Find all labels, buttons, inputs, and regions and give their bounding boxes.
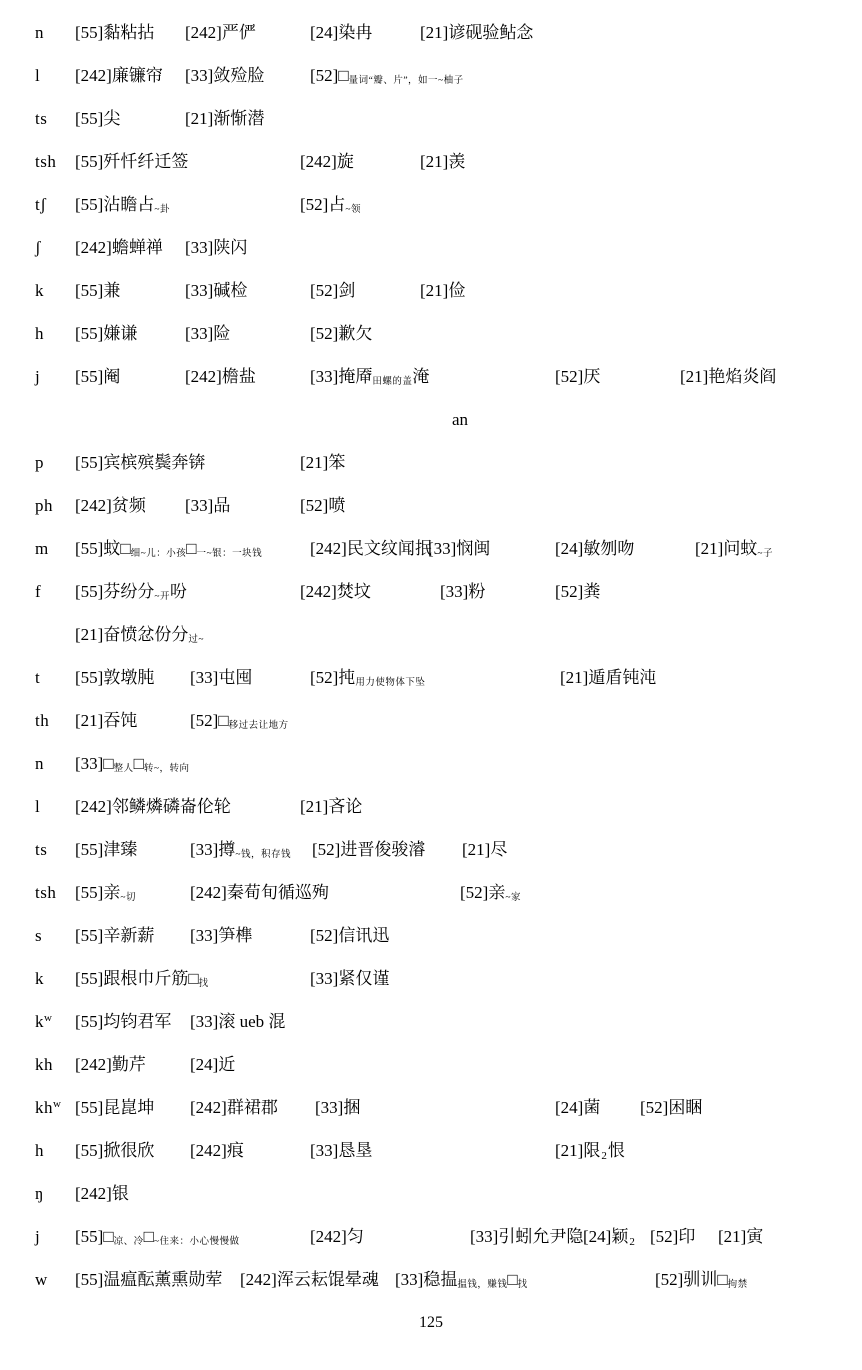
tone-label: [33] — [190, 840, 218, 859]
entry: [21]羡 — [420, 151, 465, 172]
character-text: 陕闪 — [213, 238, 247, 257]
entry: [242]邻鳞燐磷崙伦轮 — [75, 796, 231, 817]
entry-row: ŋ[242]银 — [0, 1179, 862, 1222]
tone-label: [242] — [300, 152, 337, 171]
tone-label: [55] — [75, 840, 103, 859]
character-text: 秦荀旬循巡殉 — [227, 883, 329, 902]
character-text: 昆崑坤 — [103, 1098, 154, 1117]
entry: [21]尽 — [462, 839, 507, 860]
tone-label: [52] — [310, 324, 338, 343]
character-text: 淹 — [412, 367, 429, 386]
tone-label: [55] — [75, 969, 103, 988]
entry-row: th[21]吞饨[52]□移过去让地方 — [0, 706, 862, 749]
entry-row: k[55]兼[33]碱检[52]剑[21]俭 — [0, 276, 862, 319]
tone-label: [21] — [75, 711, 103, 730]
entry: [52]粪 — [555, 581, 600, 602]
character-text: 喷 — [328, 496, 345, 515]
entry-row: h[55]掀很欣[242]痕[33]恳垦[21]限2恨 — [0, 1136, 862, 1179]
initial-label: ʃ — [35, 237, 41, 258]
tone-label: [55] — [75, 1141, 103, 1160]
initial-base: k — [35, 281, 44, 300]
entry: [33]品 — [185, 495, 230, 516]
entry: [242]檐盐 — [185, 366, 256, 387]
entry: [33]引蚓允尹隐 — [470, 1226, 583, 1247]
entry: [21]谚砚验鲇念 — [420, 22, 533, 43]
tone-label: [52] — [460, 883, 488, 902]
initial-base: t — [35, 668, 40, 687]
character-text: 蟾蝉禅 — [112, 238, 163, 257]
tone-label: [33] — [190, 926, 218, 945]
entry-row: tsh[55]歼忏纤迁签[242]旋[21]羡 — [0, 147, 862, 190]
tone-label: [33] — [185, 281, 213, 300]
character-text: 掀很欣 — [103, 1141, 154, 1160]
annotation-text: 转~，转向 — [144, 764, 190, 774]
character-text: 捆 — [343, 1098, 360, 1117]
character-text: 阉 — [103, 367, 120, 386]
initial-base: l — [35, 66, 40, 85]
subscript-number: 2 — [628, 1236, 636, 1248]
character-text: 稳揾 — [423, 1270, 457, 1289]
tone-label: [21] — [75, 625, 103, 644]
initial-label: j — [35, 366, 40, 387]
entry: [21]笨 — [300, 452, 345, 473]
character-text: 奋愤忿份分 — [103, 625, 188, 644]
character-text: 颖 — [611, 1227, 628, 1246]
entry: [242]痕 — [190, 1140, 244, 1161]
entry-row: kh[242]勤芹[24]近 — [0, 1050, 862, 1093]
tone-label: [21] — [420, 23, 448, 42]
character-text: 浑云耘馄晕魂 — [277, 1270, 379, 1289]
tone-label: [21] — [462, 840, 490, 859]
entry: [242]群裙郡 — [190, 1097, 278, 1118]
character-text: 菌 — [583, 1098, 600, 1117]
character-text: 廉镰帘 — [112, 66, 163, 85]
character-text: 引蚓允尹隐 — [498, 1227, 583, 1246]
character-text: 辛新薪 — [103, 926, 154, 945]
tone-label: [242] — [190, 1098, 227, 1117]
character-text: 匀 — [347, 1227, 364, 1246]
annotation-text: ~开 — [154, 592, 170, 602]
tone-label: [55] — [75, 23, 103, 42]
initial-label: s — [35, 925, 42, 946]
character-text: 笨 — [328, 453, 345, 472]
entry-row: f[55]芬纷分~开吩[242]焚坟[33]粉[52]粪 — [0, 577, 862, 620]
character-text: 蚊□ — [103, 539, 130, 558]
tone-label: [33] — [310, 969, 338, 988]
initial-label: k — [35, 280, 44, 301]
character-text: 亲 — [488, 883, 505, 902]
character-text: 悯闽 — [456, 539, 490, 558]
tone-label: [55] — [75, 668, 103, 687]
tone-label: [33] — [190, 668, 218, 687]
tone-label: [52] — [310, 66, 338, 85]
tone-label: [33] — [185, 66, 213, 85]
initial-superscript: w — [53, 1098, 61, 1110]
tone-label: [55] — [75, 1270, 103, 1289]
entry: [242]廉镰帘 — [75, 65, 163, 86]
entry: [55]芬纷分~开吩 — [75, 581, 187, 604]
entry: [52]剑 — [310, 280, 355, 301]
tone-label: [55] — [75, 109, 103, 128]
entry: [52]□量词“瓣、片”，如一~柚子 — [310, 65, 464, 88]
initial-base: tsh — [35, 152, 56, 171]
entry: [33]险 — [185, 323, 230, 344]
entry-row: s[55]辛新薪[33]笋榫[52]信讯迅 — [0, 921, 862, 964]
entry-row: p[55]宾槟殡鬓奔锛[21]笨 — [0, 448, 862, 491]
entry: [52]信讯迅 — [310, 925, 389, 946]
character-text: 温瘟酝薰熏勋荤 — [103, 1270, 222, 1289]
initial-label: m — [35, 538, 49, 559]
entry: [55]亲~切 — [75, 882, 136, 905]
tone-label: [24] — [583, 1227, 611, 1246]
entry: [55]宾槟殡鬓奔锛 — [75, 452, 205, 473]
entry-row: tʃ[55]沾瞻占~卦[52]占~领 — [0, 190, 862, 233]
tone-label: [21] — [680, 367, 708, 386]
annotation-text: ~卦 — [154, 205, 170, 215]
character-text: 宾槟殡鬓奔锛 — [103, 453, 205, 472]
initial-base: ts — [35, 109, 47, 128]
character-text: 跟根巾斤筋□ — [103, 969, 198, 988]
character-text: 芬纷分 — [103, 582, 154, 601]
tone-label: [242] — [240, 1270, 277, 1289]
initial-base: l — [35, 797, 40, 816]
tone-label: [52] — [555, 367, 583, 386]
entry: [52]厌 — [555, 366, 600, 387]
entry: [21]奋愤忿份分过~ — [75, 624, 204, 647]
character-text: □ — [103, 754, 113, 773]
tone-label: [52] — [655, 1270, 683, 1289]
entry: [242]银 — [75, 1183, 129, 1204]
tone-label: [21] — [420, 152, 448, 171]
tone-label: [33] — [470, 1227, 498, 1246]
tone-label: [33] — [440, 582, 468, 601]
character-text: 限 — [583, 1141, 600, 1160]
character-text: 银 — [112, 1184, 129, 1203]
entry: [52]驯训□拘禁 — [655, 1269, 748, 1292]
character-text: 掩厣 — [338, 367, 372, 386]
initial-label: ph — [35, 495, 53, 516]
character-text: 屯囤 — [218, 668, 252, 687]
entry: [21]遁盾钝沌 — [560, 667, 656, 688]
tone-label: [24] — [310, 23, 338, 42]
tone-label: [52] — [312, 840, 340, 859]
tone-label: [55] — [75, 539, 103, 558]
tone-label: [242] — [75, 1184, 112, 1203]
tone-label: [52] — [640, 1098, 668, 1117]
tone-label: [21] — [718, 1227, 746, 1246]
tone-label: [33] — [428, 539, 456, 558]
tone-label: [21] — [560, 668, 588, 687]
character-text: 厌 — [583, 367, 600, 386]
tone-label: [33] — [185, 238, 213, 257]
character-text: 贫频 — [112, 496, 146, 515]
entry: [242]匀 — [310, 1226, 364, 1247]
entry-row: ʃ[242]蟾蝉禅[33]陕闪 — [0, 233, 862, 276]
initial-superscript: w — [44, 1012, 52, 1024]
entry-row: l[242]邻鳞燐磷崙伦轮[21]吝论 — [0, 792, 862, 835]
character-text: 严俨 — [222, 23, 256, 42]
tone-label: [55] — [75, 582, 103, 601]
tone-label: [52] — [300, 496, 328, 515]
entry-row: ph[242]贫频[33]品[52]喷 — [0, 491, 862, 534]
character-text: 撙 — [218, 840, 235, 859]
tone-label: [242] — [75, 238, 112, 257]
character-text: 黏粘拈 — [103, 23, 154, 42]
entry-row: ts[55]尖[21]渐惭潜 — [0, 104, 862, 147]
initial-base: tsh — [35, 883, 56, 902]
entry: [55]歼忏纤迁签 — [75, 151, 188, 172]
tone-label: [55] — [75, 1227, 103, 1246]
tone-label: [52] — [310, 926, 338, 945]
tone-label: [55] — [75, 1012, 103, 1031]
entry-row: j[55]□凉、冷□~住来：小心慢慢做[242]匀[33]引蚓允尹隐[24]颖2… — [0, 1222, 862, 1265]
character-text: 歉欠 — [338, 324, 372, 343]
tone-label: [242] — [185, 23, 222, 42]
entry-row: ts[55]津臻[33]撙~钱，积存钱[52]进晋俊骏濬[21]尽 — [0, 835, 862, 878]
tone-label: [33] — [395, 1270, 423, 1289]
character-text: 痕 — [227, 1141, 244, 1160]
entry: [33]陕闪 — [185, 237, 247, 258]
subscript-number: 2 — [600, 1150, 608, 1162]
entry: [33]笋榫 — [190, 925, 252, 946]
entry: [52]印 — [650, 1226, 695, 1247]
tone-label: [242] — [75, 797, 112, 816]
tone-label: [55] — [75, 1098, 103, 1117]
character-text: 紧仅谨 — [338, 969, 389, 988]
entry: [242]浑云耘馄晕魂 — [240, 1269, 379, 1290]
initial-label: h — [35, 1140, 44, 1161]
entry: [55]温瘟酝薰熏勋荤 — [75, 1269, 222, 1290]
initial-base: n — [35, 23, 44, 42]
tone-label: [33] — [185, 496, 213, 515]
character-text: 印 — [678, 1227, 695, 1246]
entry: [52]扽用力使物体下坠 — [310, 667, 425, 690]
annotation-text: 找 — [199, 979, 209, 989]
annotation-text: 用力使物体下坠 — [355, 678, 425, 688]
character-text: 滚 ueb 混 — [218, 1012, 285, 1031]
character-text: 染冉 — [338, 23, 372, 42]
entry: [24]近 — [190, 1054, 235, 1075]
entry: [52]喷 — [300, 495, 345, 516]
initial-base: k — [35, 1012, 44, 1031]
character-text: 进晋俊骏濬 — [340, 840, 425, 859]
annotation-text: ~钱，积存钱 — [235, 850, 291, 860]
character-text: 俭 — [448, 281, 465, 300]
tone-label: [55] — [75, 883, 103, 902]
annotation-text: 细~儿：小孩 — [131, 549, 187, 559]
character-text: 恳垦 — [338, 1141, 372, 1160]
entry: [52]占~领 — [300, 194, 361, 217]
initial-base: kh — [35, 1098, 53, 1117]
initial-label: h — [35, 323, 44, 344]
entry: [242]焚坟 — [300, 581, 371, 602]
character-text: 尽 — [490, 840, 507, 859]
entry: [33]稳揾揾钱，赚钱□找 — [395, 1269, 528, 1292]
character-text: 粪 — [583, 582, 600, 601]
initial-label: khw — [35, 1097, 61, 1118]
character-text: 均钧君军 — [103, 1012, 171, 1031]
entry: [55]□凉、冷□~住来：小心慢慢做 — [75, 1226, 240, 1249]
entry: [24]菌 — [555, 1097, 600, 1118]
entry: [21]问蚊~子 — [695, 538, 773, 561]
entry: [33]敛殓脸 — [185, 65, 264, 86]
character-text: 勤芹 — [112, 1055, 146, 1074]
entry: [33]悯闽 — [428, 538, 490, 559]
section-header: an — [0, 405, 862, 448]
entry: [242]旋 — [300, 151, 354, 172]
entry: [242]秦荀旬循巡殉 — [190, 882, 329, 903]
tone-label: [33] — [310, 1141, 338, 1160]
entry: [33]□整人□转~，转向 — [75, 753, 190, 776]
entry: [21]限2恨 — [555, 1140, 625, 1164]
tone-label: [52] — [300, 195, 328, 214]
tone-label: [21] — [300, 797, 328, 816]
character-text: 敏刎吻 — [583, 539, 634, 558]
character-text: □ — [338, 66, 348, 85]
entry: [33]碱检 — [185, 280, 247, 301]
entry: [21]寅 — [718, 1226, 763, 1247]
entry: [33]紧仅谨 — [310, 968, 389, 989]
entry: [24]敏刎吻 — [555, 538, 634, 559]
character-text: 敛殓脸 — [213, 66, 264, 85]
entry: [33]屯囤 — [190, 667, 252, 688]
initial-base: ŋ — [35, 1184, 44, 1203]
initial-base: k — [35, 969, 44, 988]
character-text: 遁盾钝沌 — [588, 668, 656, 687]
tone-label: [242] — [185, 367, 222, 386]
initial-base: w — [35, 1270, 48, 1289]
character-text: 碱检 — [213, 281, 247, 300]
entry: [242]蟾蝉禅 — [75, 237, 163, 258]
entry: [24]染冉 — [310, 22, 372, 43]
initial-label: t — [35, 667, 40, 688]
initial-label: th — [35, 710, 49, 731]
character-text: 信讯迅 — [338, 926, 389, 945]
entry: [52]困睏 — [640, 1097, 702, 1118]
character-text: 险 — [213, 324, 230, 343]
tone-label: [52] — [650, 1227, 678, 1246]
character-text: 焚坟 — [337, 582, 371, 601]
tone-label: [55] — [75, 324, 103, 343]
tone-label: [24] — [555, 1098, 583, 1117]
entry: [55]尖 — [75, 108, 120, 129]
tone-label: [242] — [310, 1227, 347, 1246]
entry: [55]沾瞻占~卦 — [75, 194, 170, 217]
initial-label: n — [35, 753, 44, 774]
tone-label: [52] — [310, 668, 338, 687]
initial-base: p — [35, 453, 44, 472]
initial-base: tʃ — [35, 195, 46, 214]
initial-label: ts — [35, 839, 47, 860]
entry: [55]敦墩肫 — [75, 667, 154, 688]
initial-base: kh — [35, 1055, 53, 1074]
character-text: □ — [144, 1227, 154, 1246]
annotation-text: ~切 — [120, 893, 136, 903]
entry: [33]撙~钱，积存钱 — [190, 839, 291, 862]
character-text: 占 — [328, 195, 345, 214]
character-text: 问蚊 — [723, 539, 757, 558]
entry: [33]粉 — [440, 581, 485, 602]
entry: [55]均钧君军 — [75, 1011, 171, 1032]
character-text: 粉 — [468, 582, 485, 601]
character-text: 剑 — [338, 281, 355, 300]
initial-label: tsh — [35, 151, 56, 172]
tone-label: [55] — [75, 453, 103, 472]
character-text: 近 — [218, 1055, 235, 1074]
entry: [21]吞饨 — [75, 710, 137, 731]
initial-label: ts — [35, 108, 47, 129]
page-content: n[55]黏粘拈[242]严俨[24]染冉[21]谚砚验鲇念l[242]廉镰帘[… — [0, 18, 862, 1308]
tone-label: [52] — [310, 281, 338, 300]
tone-label: [24] — [190, 1055, 218, 1074]
character-text: 歼忏纤迁签 — [103, 152, 188, 171]
page-number: 125 — [0, 1314, 862, 1332]
character-text: 津臻 — [103, 840, 137, 859]
annotation-text: ~家 — [505, 893, 521, 903]
entry-row: kw[55]均钧君军[33]滚 ueb 混 — [0, 1007, 862, 1050]
character-text: □ — [507, 1270, 517, 1289]
character-text: 扽 — [338, 668, 355, 687]
tone-label: [21] — [555, 1141, 583, 1160]
entry: [33]恳垦 — [310, 1140, 372, 1161]
initial-base: s — [35, 926, 42, 945]
initial-base: j — [35, 1227, 40, 1246]
character-text: 亲 — [103, 883, 120, 902]
character-text: 兼 — [103, 281, 120, 300]
entry: [55]掀很欣 — [75, 1140, 154, 1161]
entry: [55]兼 — [75, 280, 120, 301]
tone-label: [21] — [420, 281, 448, 300]
annotation-text: 田螺的盖 — [372, 377, 412, 387]
tone-label: [33] — [185, 324, 213, 343]
tone-label: [33] — [190, 1012, 218, 1031]
tone-label: [242] — [190, 883, 227, 902]
entry-row: w[55]温瘟酝薰熏勋荤[242]浑云耘馄晕魂[33]稳揾揾钱，赚钱□找[52]… — [0, 1265, 862, 1308]
initial-label: l — [35, 65, 40, 86]
annotation-text: 量词“瓣、片”，如一~柚子 — [349, 76, 464, 86]
annotation-text: 一~银：一块钱 — [197, 549, 263, 559]
entry-row: n[55]黏粘拈[242]严俨[24]染冉[21]谚砚验鲇念 — [0, 18, 862, 61]
initial-base: ph — [35, 496, 53, 515]
tone-label: [242] — [190, 1141, 227, 1160]
entry: [242]严俨 — [185, 22, 256, 43]
initial-label: kh — [35, 1054, 53, 1075]
entry-row: khw[55]昆崑坤[242]群裙郡[33]捆[24]菌[52]困睏 — [0, 1093, 862, 1136]
annotation-text: ~子 — [757, 549, 773, 559]
entry: [24]颖2 — [583, 1226, 636, 1250]
tone-label: [242] — [75, 1055, 112, 1074]
initial-label: ŋ — [35, 1183, 44, 1204]
annotation-text: 凉、冷 — [114, 1237, 144, 1247]
initial-label: tsh — [35, 882, 56, 903]
initial-label: n — [35, 22, 44, 43]
tone-label: [242] — [75, 496, 112, 515]
entry-row: tsh[55]亲~切[242]秦荀旬循巡殉[52]亲~家 — [0, 878, 862, 921]
entry: [55]跟根巾斤筋□找 — [75, 968, 209, 991]
entry-row: j[55]阉[242]檐盐[33]掩厣田螺的盖淹[52]厌[21]艳焰炎阎 — [0, 362, 862, 405]
character-text: 恨 — [608, 1141, 625, 1160]
character-text: 艳焰炎阎 — [708, 367, 776, 386]
character-text: □ — [218, 711, 228, 730]
initial-label: kw — [35, 1011, 52, 1032]
character-text: 渐惭潜 — [213, 109, 264, 128]
tone-label: [242] — [310, 539, 347, 558]
entry: [21]艳焰炎阎 — [680, 366, 776, 387]
entry: [55]津臻 — [75, 839, 137, 860]
character-text: 尖 — [103, 109, 120, 128]
character-text: 嫌谦 — [103, 324, 137, 343]
annotation-text: ~住来：小心慢慢做 — [154, 1237, 240, 1247]
